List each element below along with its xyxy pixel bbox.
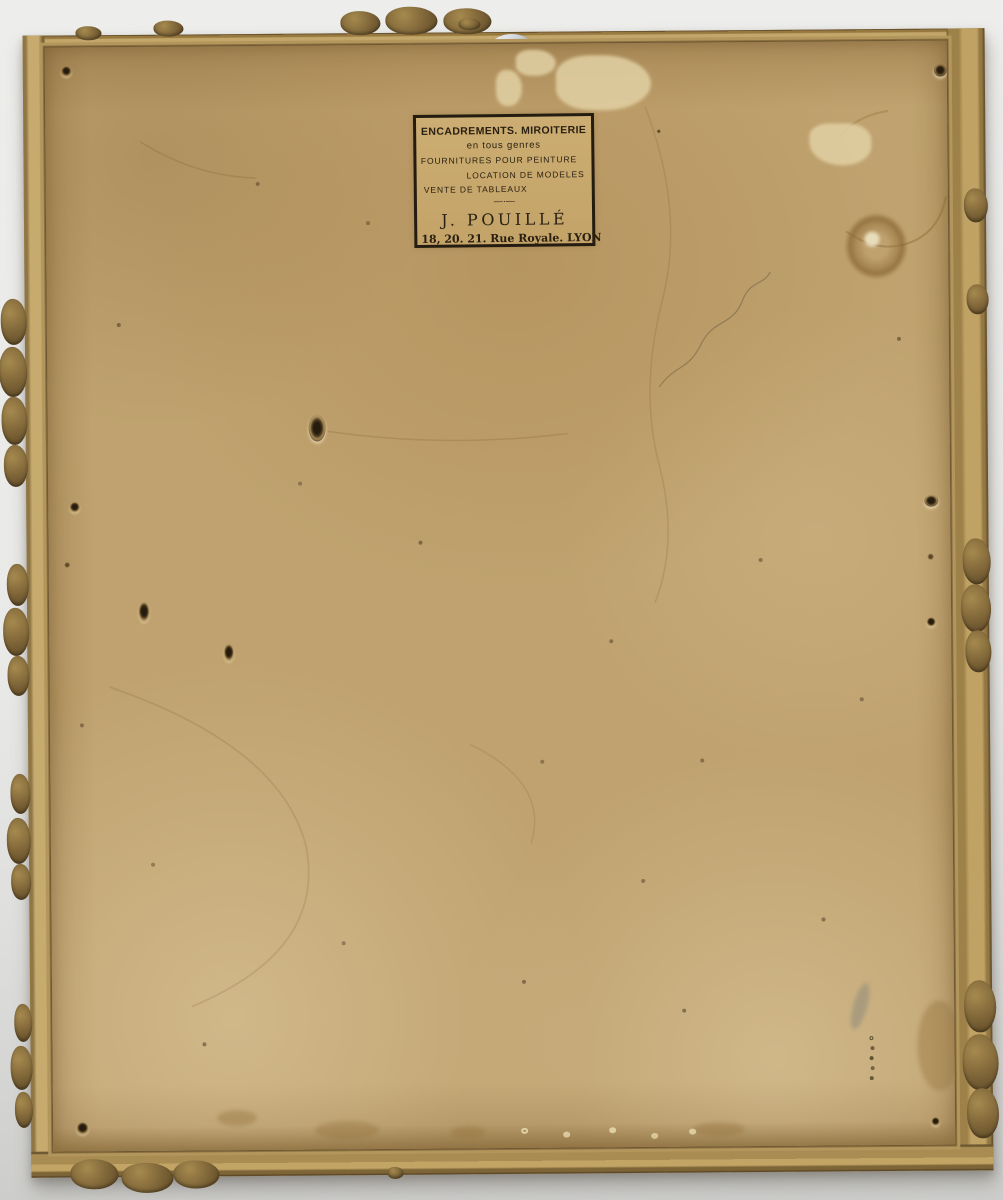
carved-ornament (967, 1088, 999, 1138)
nail-hole (931, 1117, 940, 1126)
nail-hole (926, 617, 936, 627)
carved-ornament (963, 538, 991, 584)
label-line-service-2: LOCATION DE MODELES (421, 167, 588, 183)
paint-chips (523, 1130, 526, 1132)
carved-ornament (962, 1034, 998, 1090)
carved-ornament (387, 1167, 403, 1179)
nail-hole (69, 501, 80, 512)
carved-ornament (340, 11, 380, 35)
carved-ornament (964, 980, 996, 1032)
carved-ornament (10, 774, 30, 814)
carved-ornament (1, 299, 27, 345)
label-divider-ornament: —·— (421, 196, 588, 208)
label-maker-name: J. POUILLÉ (421, 209, 588, 230)
carved-ornament (3, 608, 29, 656)
carved-ornament (961, 584, 991, 632)
backing-board: ENCADREMENTS. MIROITERIE en tous genres … (45, 41, 956, 1152)
label-address: 18, 20. 21. Rue Royale. LYON (421, 231, 588, 246)
nail-hole (76, 1121, 89, 1134)
peel-patch (496, 70, 522, 106)
dirt-specks (45, 48, 47, 50)
carved-ornament (7, 564, 29, 606)
carved-ornament (14, 1004, 32, 1042)
carved-ornament (4, 445, 28, 487)
nail-hole (223, 643, 234, 661)
nail-hole (61, 65, 72, 76)
label-line-heading: ENCADREMENTS. MIROITERIE (420, 123, 587, 140)
carved-ornament (153, 21, 183, 37)
nail-hole (64, 561, 71, 568)
carved-ornament (965, 630, 991, 672)
carved-ornament (964, 188, 988, 222)
carved-ornament (121, 1163, 173, 1193)
nail-hole (924, 495, 938, 507)
peel-patch (516, 50, 556, 76)
peel-patch (556, 55, 651, 111)
nail-hole (656, 129, 661, 134)
carved-ornament (458, 18, 480, 30)
pencil-handwriting (658, 272, 771, 387)
dotted-marks (870, 1037, 872, 1039)
carved-ornament (75, 26, 101, 40)
carved-ornament (7, 818, 31, 864)
carved-ornament (967, 284, 989, 314)
gilded-frame-back: ENCADREMENTS. MIROITERIE en tous genres … (23, 28, 994, 1178)
carved-ornament (173, 1160, 219, 1188)
carved-ornament (0, 347, 27, 397)
nail-hole (934, 64, 947, 77)
carved-ornament (70, 1159, 118, 1189)
carved-ornament (10, 1046, 32, 1090)
maker-label: ENCADREMENTS. MIROITERIE en tous genres … (413, 113, 595, 248)
carved-ornament (1, 397, 27, 445)
photo-backdrop: ENCADREMENTS. MIROITERIE en tous genres … (0, 0, 1003, 1200)
carved-ornament (385, 7, 437, 35)
carved-ornament (7, 656, 29, 696)
nail-hole (138, 601, 150, 622)
carved-ornament (15, 1092, 33, 1128)
nail-hole (927, 553, 935, 561)
carved-ornament (11, 864, 31, 900)
nail-hole (309, 414, 326, 441)
